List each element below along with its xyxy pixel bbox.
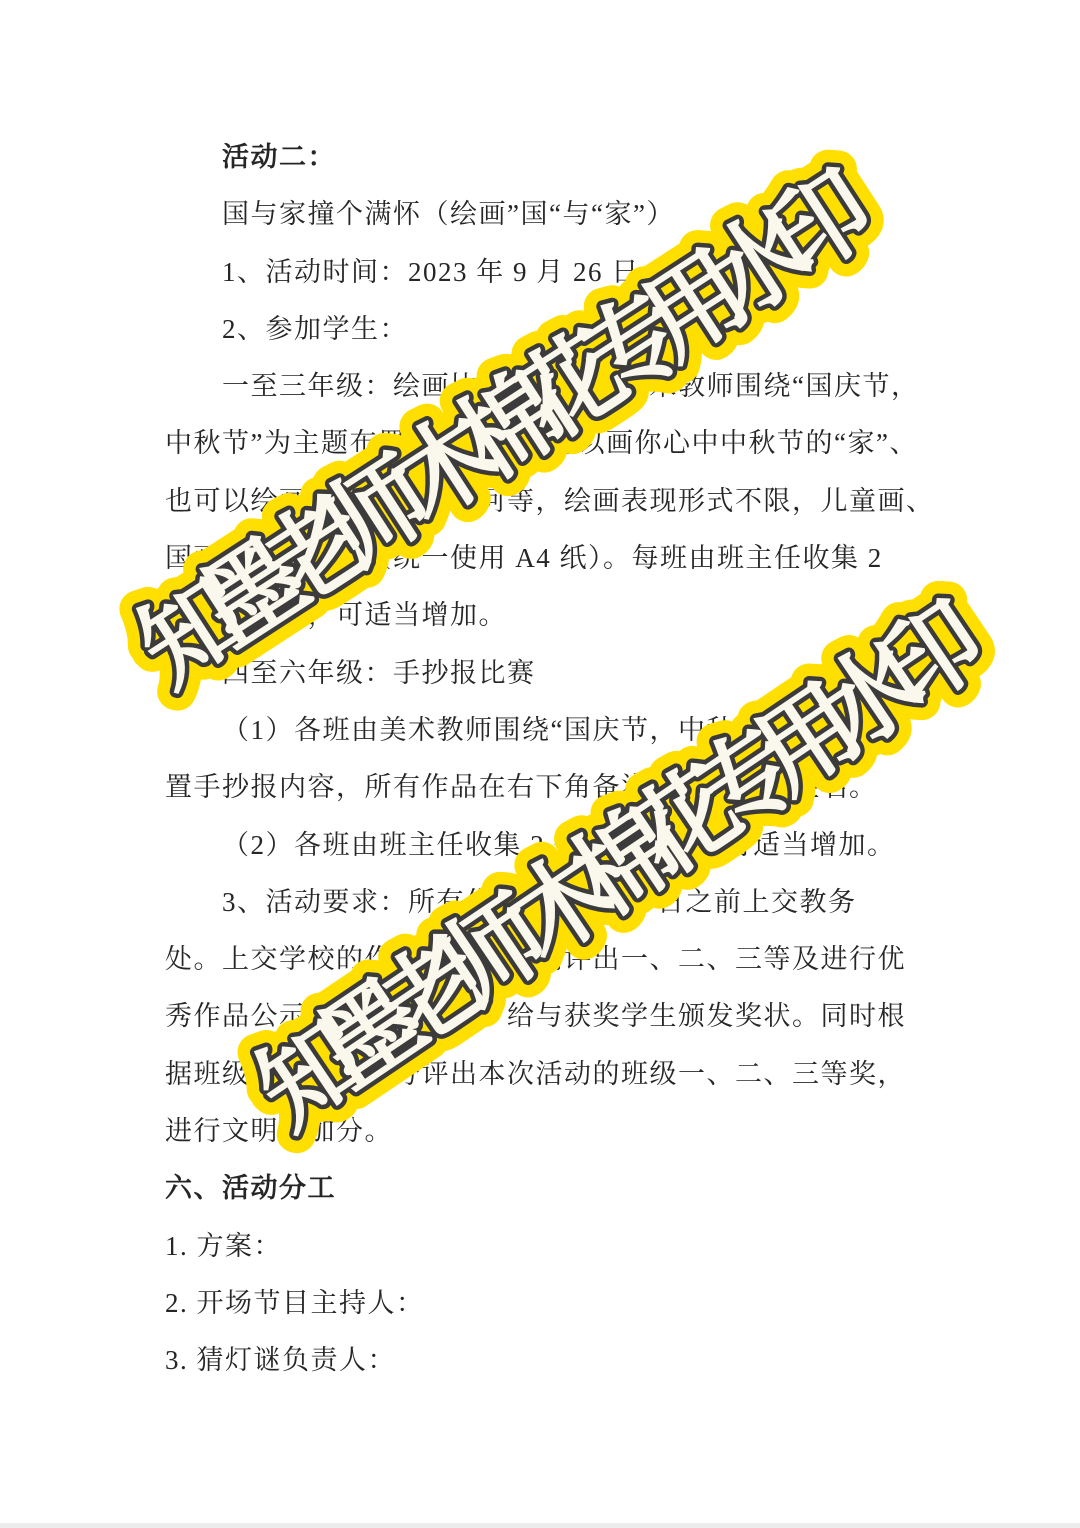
document-page: 活动二： 国与家撞个满怀（绘画”国“与“家”） 1、活动时间：2023 年 9 … — [0, 0, 1080, 1528]
text-line: 2. 开场节目主持人： — [165, 1275, 955, 1332]
page-bottom-divider — [0, 1523, 1080, 1528]
text-line: 中秋节”为主题布置绘画内容，可以画你心中中秋节的“家”、 — [165, 415, 955, 472]
text-line: （1）各班由美术教师围绕“国庆节，中秋节”为主题布 — [165, 702, 955, 759]
text-line: 1、活动时间：2023 年 9 月 26 日～9 月 28 日 — [165, 244, 955, 301]
text-line: 秀作品公示。活动结束后，给与获奖学生颁发奖状。同时根 — [165, 988, 955, 1045]
section-heading: 六、活动分工 — [165, 1160, 955, 1217]
text-line: 2、参加学生： — [165, 301, 955, 358]
text-line: 3. 猜灯谜负责人： — [165, 1332, 955, 1389]
section-heading: 活动二： — [165, 129, 955, 186]
text-line: 3、活动要求：所有作品于 9 月 27 日之前上交教务 — [165, 874, 955, 931]
text-line: 据班级学生获奖积分评出本次活动的班级一、二、三等奖， — [165, 1046, 955, 1103]
text-line: 也可以绘画祖国的壮丽山河等，绘画表现形式不限，儿童画、 — [165, 473, 955, 530]
text-line: 一至三年级：绘画比赛（各班由美术教师围绕“国庆节， — [165, 358, 955, 415]
text-line: 国画、水彩画等（统一使用 A4 纸）。每班由班主任收集 2 — [165, 530, 955, 587]
document-body: 活动二： 国与家撞个满怀（绘画”国“与“家”） 1、活动时间：2023 年 9 … — [165, 129, 955, 1390]
text-line: 置手抄报内容，所有作品在右下角备注班级与学生姓名。 — [165, 759, 955, 816]
text-line: 进行文明班加分。 — [165, 1103, 955, 1160]
text-line: 1. 方案： — [165, 1218, 955, 1275]
text-line: 四至六年级：手抄报比赛 — [165, 645, 955, 702]
text-line: 处。上交学校的作品按年级类别评出一、二、三等及进行优 — [165, 931, 955, 988]
text-line: 国与家撞个满怀（绘画”国“与“家”） — [165, 186, 955, 243]
text-line: （2）各班由班主任收集 2 件优秀作品，可适当增加。 — [165, 817, 955, 874]
text-line: 件优秀作品，可适当增加。 — [165, 587, 955, 644]
